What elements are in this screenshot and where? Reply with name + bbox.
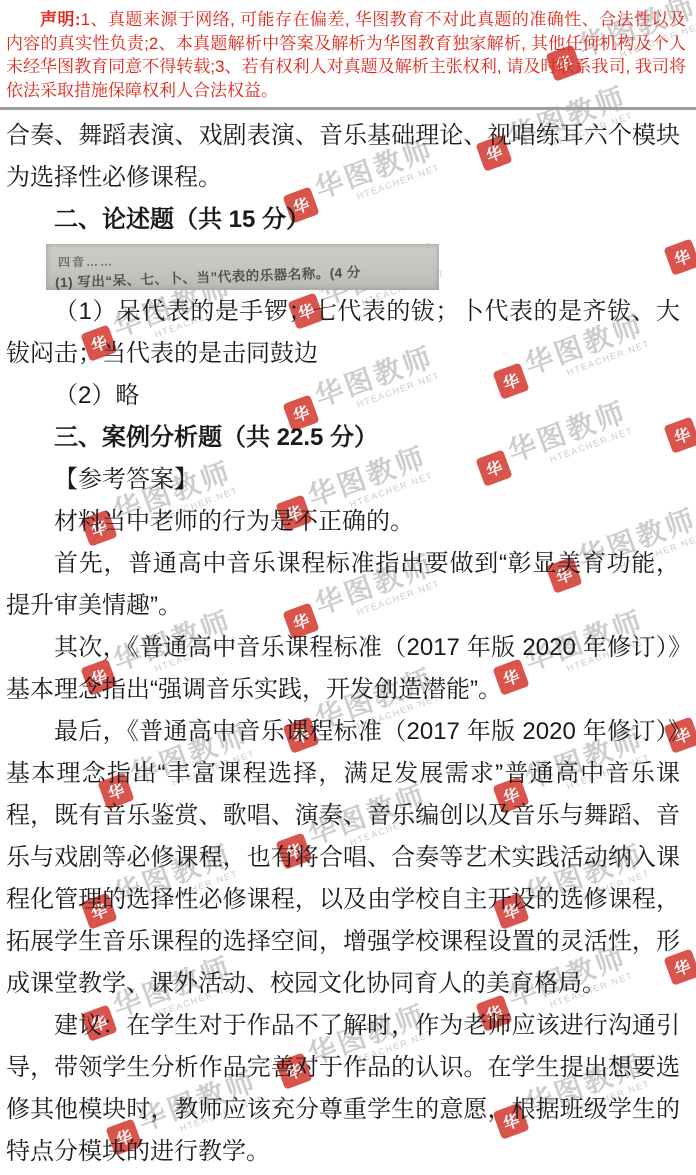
analysis-paragraph-3: 其次，《普通高中音乐课程标准（2017 年版 2020 年修订）》基本理念指出“…	[6, 627, 680, 711]
section-2-heading: 二、论述题（共 15 分）	[6, 199, 680, 241]
answer-paragraph-2: （2）略	[6, 375, 680, 417]
answer-paragraph-1: （1）呆代表的是手锣；七代表的钹；卜代表的是齐钹、大钹闷击；当代表的是击同鼓边	[6, 291, 680, 375]
document-body: 合奏、舞蹈表演、戏剧表演、音乐基础理论、视唱练耳六个模块为选择性必修课程。 二、…	[0, 110, 696, 1173]
analysis-paragraph-1: 材料当中老师的行为是不正确的。	[6, 501, 680, 543]
disclaimer-paragraph: 声明:1、真题来源于网络, 可能存在偏差, 华图教育不对此真题的准确性、合法性以…	[6, 8, 686, 102]
disclaimer: 声明:1、真题来源于网络, 可能存在偏差, 华图教育不对此真题的准确性、合法性以…	[0, 0, 696, 102]
disclaimer-label: 声明:	[40, 10, 81, 29]
disclaimer-text: 1、真题来源于网络, 可能存在偏差, 华图教育不对此真题的准确性、合法性以及内容…	[6, 10, 686, 100]
analysis-paragraph-5: 建议：在学生对于作品不了解时，作为老师应该进行沟通引导，带领学生分析作品完善对于…	[6, 1005, 680, 1173]
analysis-paragraph-4: 最后，《普通高中音乐课程标准（2017 年版 2020 年修订）》基本理念指出“…	[6, 711, 680, 1005]
analysis-paragraph-2: 首先，普通高中音乐课程标准指出要做到“彰显美育功能，提升审美情趣”。	[6, 543, 680, 627]
question-photo-partial-bottom-text: （11 分）	[260, 276, 325, 290]
question-photo: 四音…… (1) 写出“呆、七、卜、当”代表的乐器名称。(4 分 （11 分）	[46, 244, 439, 290]
intro-paragraph: 合奏、舞蹈表演、戏剧表演、音乐基础理论、视唱练耳六个模块为选择性必修课程。	[6, 115, 680, 199]
section-3-heading: 三、案例分析题（共 22.5 分）	[6, 417, 680, 459]
reference-answer-label: 【参考答案】	[6, 459, 680, 501]
